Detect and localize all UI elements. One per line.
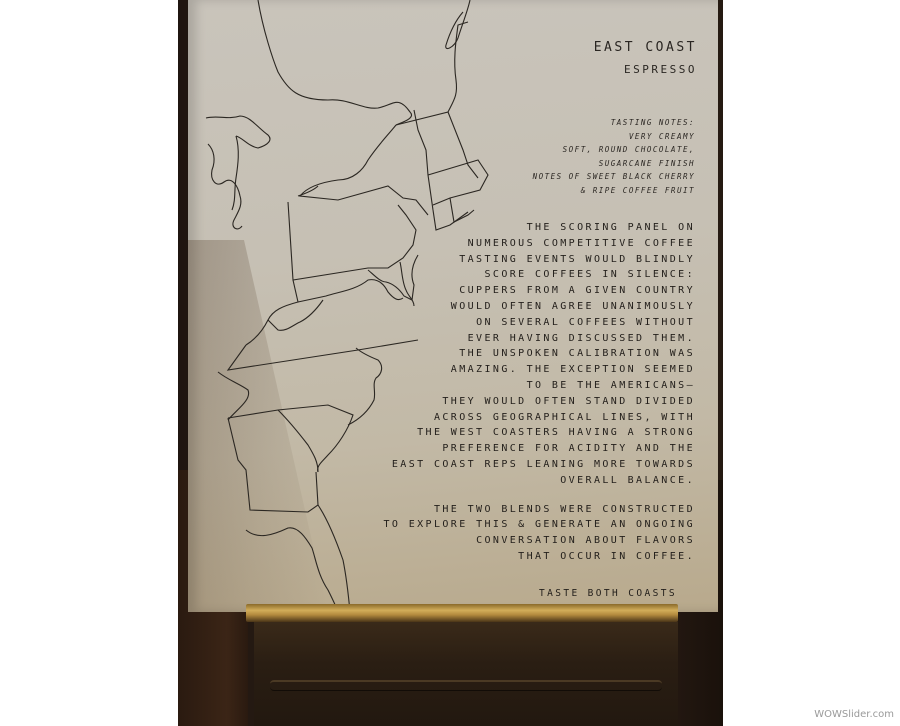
text-line: THE SCORING PANEL ON [383, 220, 695, 236]
text-line: THE TWO BLENDS WERE CONSTRUCTED [383, 502, 695, 518]
text-line: OVERALL BALANCE. [383, 473, 695, 489]
text-line: THEY WOULD OFTEN STAND DIVIDED [383, 394, 695, 410]
text-line: THE UNSPOKEN CALIBRATION WAS [383, 346, 695, 362]
photo: EAST COAST ESPRESSO TASTING NOTES: VERY … [178, 0, 723, 726]
card-title-block: EAST COAST ESPRESSO [594, 40, 697, 76]
text-line: AMAZING. THE EXCEPTION SEEMED [383, 362, 695, 378]
text-line: TO EXPLORE THIS & GENERATE AN ONGOING [383, 517, 695, 533]
text-line: EAST COAST REPS LEANING MORE TOWARDS [383, 457, 695, 473]
story-paragraph: THE SCORING PANEL ONNUMEROUS COMPETITIVE… [383, 220, 695, 489]
text-line: WOULD OFTEN AGREE UNANIMOUSLY [383, 299, 695, 315]
card-holder-front [254, 622, 678, 726]
text-line: TASTING EVENTS WOULD BLINDLY [383, 252, 695, 268]
card-holder-slot [270, 680, 662, 691]
tasting-notes-line: SOFT, ROUND CHOCOLATE, [533, 143, 695, 157]
tasting-notes-line: & RIPE COFFEE FRUIT [533, 184, 695, 198]
text-line: EVER HAVING DISCUSSED THEM. [383, 331, 695, 347]
tasting-notes-line: VERY CREAMY [533, 130, 695, 144]
tasting-notes: TASTING NOTES: VERY CREAMY SOFT, ROUND C… [533, 116, 695, 197]
tasting-notes-line: NOTES OF SWEET BLACK CHERRY [533, 170, 695, 184]
card-title: EAST COAST [594, 40, 697, 55]
text-line: ACROSS GEOGRAPHICAL LINES, WITH [383, 410, 695, 426]
card-holder-brass-lip [246, 604, 678, 622]
tasting-notes-line: TASTING NOTES: [533, 116, 695, 130]
tasting-notes-line: SUGARCANE FINISH [533, 157, 695, 171]
watermark: WOWSlider.com [814, 709, 894, 720]
text-line: THE WEST COASTERS HAVING A STRONG [383, 425, 695, 441]
card-subtitle: ESPRESSO [594, 63, 697, 76]
text-line: NUMEROUS COMPETITIVE COFFEE [383, 236, 695, 252]
blends-paragraph: THE TWO BLENDS WERE CONSTRUCTEDTO EXPLOR… [383, 502, 695, 565]
text-line: SCORE COFFEES IN SILENCE: [383, 267, 695, 283]
text-line: PREFERENCE FOR ACIDITY AND THE [383, 441, 695, 457]
card-body-text: THE SCORING PANEL ONNUMEROUS COMPETITIVE… [383, 220, 695, 565]
text-line: ON SEVERAL COFFEES WITHOUT [383, 315, 695, 331]
text-line: THAT OCCUR IN COFFEE. [383, 549, 695, 565]
text-line: CONVERSATION ABOUT FLAVORS [383, 533, 695, 549]
text-line: CUPPERS FROM A GIVEN COUNTRY [383, 283, 695, 299]
card-tagline: TASTE BOTH COASTS [539, 588, 677, 599]
text-line: TO BE THE AMERICANS— [383, 378, 695, 394]
